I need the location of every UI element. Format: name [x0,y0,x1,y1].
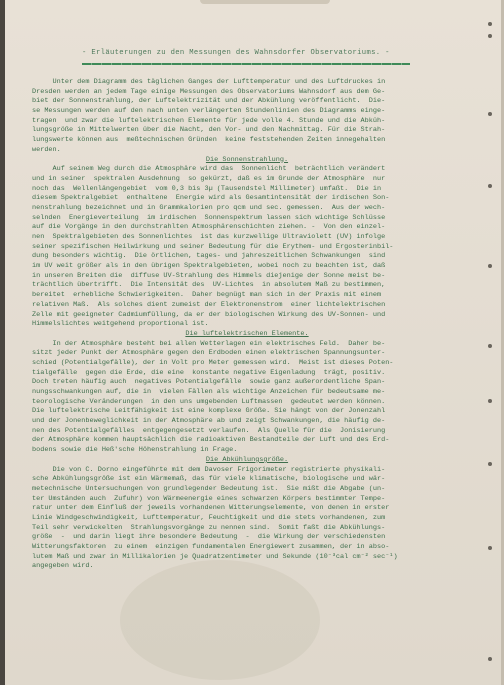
text-line: nen des Potentialgefälles entgegengesetz… [32,427,462,437]
section-heading: Die luftelektrischen Elemente. [32,330,462,340]
section: Die Sonnenstrahlung. Auf seinem Weg durc… [32,156,462,330]
text-line: Zelle mit geeigneter Cadmiumfüllung, da … [32,311,462,321]
text-line: nenstrahlung bezeichnet und in Grammkalo… [32,204,462,214]
text-line: auf die Vorgänge in den durchstrahlten A… [32,223,462,233]
punch-hole [488,264,492,268]
text-line: ratur unter dem Einfluß der jeweils vorh… [32,504,462,514]
text-line: dung besonders wichtig. Die örtlichen, t… [32,252,462,262]
text-line: Dresden werden an jedem Tage einige Mess… [32,88,462,98]
text-line: Die von C. Dorno eingeführte mit dem Dav… [32,466,462,476]
text-line: seiner spezifischen Heilwirkung und sein… [32,243,462,253]
text-line: bodens sowie die Heß'sche Höhenstrahlung… [32,446,462,456]
text-line: im UV weit größer als in den übrigen Spe… [32,262,462,272]
text-line: größe - und darin liegt ihre besondere B… [32,533,462,543]
text-line: Doch treten häufig auch negatives Potent… [32,378,462,388]
section-heading: Die Abkühlungsgröße. [32,456,462,466]
page-tear [200,0,330,4]
punch-hole [488,34,492,38]
punch-hole [488,462,492,466]
text-line: nungsschwankungen auf, die in vielen Fäl… [32,388,462,398]
text-line: bereitet erhebliche Schwierigkeiten. Dah… [32,291,462,301]
text-line: nen Spektralgebieten des Sonnenlichtes i… [32,233,462,243]
scanned-page: - Erläuterungen zu den Messungen des Wah… [0,0,504,685]
document-body: Unter dem Diagramm des täglichen Ganges … [32,78,462,572]
text-line: werden. [32,146,462,156]
text-line: Die luftelektrische Leitfähigkeit ist ei… [32,407,462,417]
text-line: selnden Energieverteilung im irdischen S… [32,214,462,224]
text-line: relativen Maß. Als solches dient zumeist… [32,301,462,311]
text-line: metechnische Untersuchungen von grundleg… [32,485,462,495]
section-heading: Die Sonnenstrahlung. [32,156,462,166]
text-line: Auf seinem Weg durch die Atmosphäre wird… [32,165,462,175]
text-line: Witterungsfaktoren zu einem einzigen fun… [32,543,462,553]
text-line: und der Jonenbeweglichkeit in der Atmosp… [32,417,462,427]
punch-hole [488,22,492,26]
paper-stain [120,560,320,680]
punch-hole [488,344,492,348]
text-line: schied (Potentialgefälle), der in Volt p… [32,359,462,369]
text-line: lungswerte können aus meßtechnischen Grü… [32,136,462,146]
text-line: Himmelslichtes weitgehend proportional i… [32,320,462,330]
punch-hole [488,112,492,116]
text-line: se Messungen werden auf den nach unten v… [32,107,462,117]
text-line: der Atmosphäre kommen hauptsächlich die … [32,436,462,446]
text-line: tialgefälle gegen die Erde, die eine kon… [32,369,462,379]
text-line: diesem Spektralgebiet enthaltene Energie… [32,194,462,204]
text-line: lutem Maß und zwar in Millikalorien je Q… [32,553,462,563]
section: Die Abkühlungsgröße. Die von C. Dorno ei… [32,456,462,572]
text-line: Teil sehr verwickelten Strahlungsvorgäng… [32,524,462,534]
punch-hole [488,184,492,188]
intro-paragraph: Unter dem Diagramm des täglichen Ganges … [32,78,462,156]
text-line: Unter dem Diagramm des täglichen Ganges … [32,78,462,88]
text-line: in unseren Breiten die diffuse UV-Strahl… [32,272,462,282]
text-line: tragen und zwar die luftelektrischen Ele… [32,117,462,127]
text-line: lungsgröße in Mittelwerten über die Nach… [32,126,462,136]
document-title: - Erläuterungen zu den Messungen des Wah… [82,49,390,57]
text-line: sche Abkühlungsgröße ist ein Wärmemaß, d… [32,475,462,485]
punch-hole [488,546,492,550]
text-line: ter Umständen auch Zufuhr) von Wärmeener… [32,495,462,505]
sections: Die Sonnenstrahlung. Auf seinem Weg durc… [32,156,462,573]
punch-hole [488,657,492,661]
text-line: sitzt jeder Punkt der Atmosphäre gegen d… [32,349,462,359]
text-line: Linie Windgeschwindigkeit, Lufttemperatu… [32,514,462,524]
title-underline [82,63,410,65]
text-line: biet der Sonnenstrahlung, der Luftelektr… [32,97,462,107]
section: Die luftelektrischen Elemente. In der At… [32,330,462,456]
text-line: angegeben wird. [32,562,462,572]
punch-hole [488,399,492,403]
text-line: noch das Wellenlängengebiet vom 0,3 bis … [32,185,462,195]
text-line: und in seiner spektralen Ausdehnung so g… [32,175,462,185]
text-line: trächtlich übertrifft. Die Intensität de… [32,281,462,291]
text-line: teorologische Veränderungen in den uns u… [32,398,462,408]
text-line: In der Atmosphäre besteht bei allen Wett… [32,340,462,350]
